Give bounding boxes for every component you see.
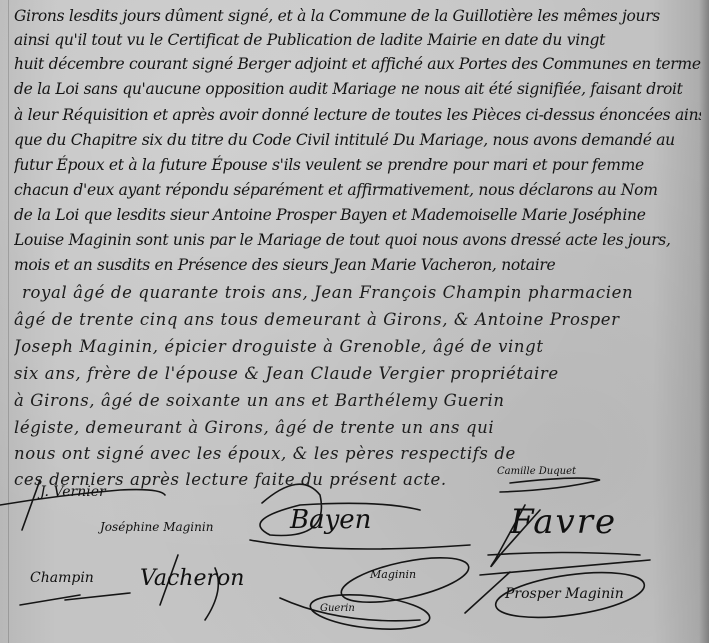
signature-champin: Champin bbox=[30, 570, 94, 586]
text-line-17: légiste, demeurant à Girons, âgé de tren… bbox=[14, 418, 701, 438]
text-line-13: âgé de trente cinq ans tous demeurant à … bbox=[14, 310, 701, 330]
text-line-4: de la Loi sans qu'aucune opposition audi… bbox=[14, 79, 701, 99]
signature-j-vernier: J. Vernier bbox=[40, 484, 106, 500]
text-line-8: chacun d'eux ayant répondu séparément et… bbox=[14, 180, 701, 200]
signature-maginin: Maginin bbox=[370, 568, 416, 581]
signature-favre: Favre bbox=[510, 502, 617, 542]
text-line-3: huit décembre courant signé Berger adjoi… bbox=[14, 54, 701, 74]
text-line-7: futur Époux et à la future Épouse s'ils … bbox=[14, 155, 701, 175]
text-line-19: ces derniers après lecture faite du prés… bbox=[14, 470, 701, 490]
page-margin-line bbox=[8, 0, 9, 643]
scanned-document-page: Girons lesdits jours dûment signé, et à … bbox=[0, 0, 709, 643]
text-line-14: Joseph Maginin, épicier droguiste à Gren… bbox=[14, 337, 701, 357]
text-line-10: Louise Maginin sont unis par le Mariage … bbox=[14, 230, 701, 250]
text-line-18: nous ont signé avec les époux, & les pèr… bbox=[14, 444, 701, 464]
signature-vacheron: Vacheron bbox=[140, 566, 244, 591]
text-line-5: à leur Réquisition et après avoir donné … bbox=[14, 105, 701, 125]
text-line-12: royal âgé de quarante trois ans, Jean Fr… bbox=[22, 283, 701, 303]
signature-prosper-maginin: Prosper Maginin bbox=[505, 586, 624, 602]
text-line-15: six ans, frère de l'épouse & Jean Claude… bbox=[14, 364, 701, 384]
text-line-1: Girons lesdits jours dûment signé, et à … bbox=[14, 6, 701, 26]
signature-guerin: Guerin bbox=[320, 603, 355, 614]
text-line-2: ainsi qu'il tout vu le Certificat de Pub… bbox=[14, 30, 701, 50]
text-line-16: à Girons, âgé de soixante un ans et Bart… bbox=[14, 391, 701, 411]
signature-josephine-maginin: Joséphine Maginin bbox=[100, 520, 213, 534]
text-line-6: que du Chapitre six du titre du Code Civ… bbox=[14, 130, 701, 150]
text-line-9: de la Loi que lesdits sieur Antoine Pros… bbox=[14, 205, 701, 225]
text-line-11: mois et an susdits en Présence des sieur… bbox=[14, 255, 701, 275]
signature-camille-duquet: Camille Duquet bbox=[497, 466, 576, 477]
signature-bayen: Bayen bbox=[290, 505, 371, 535]
